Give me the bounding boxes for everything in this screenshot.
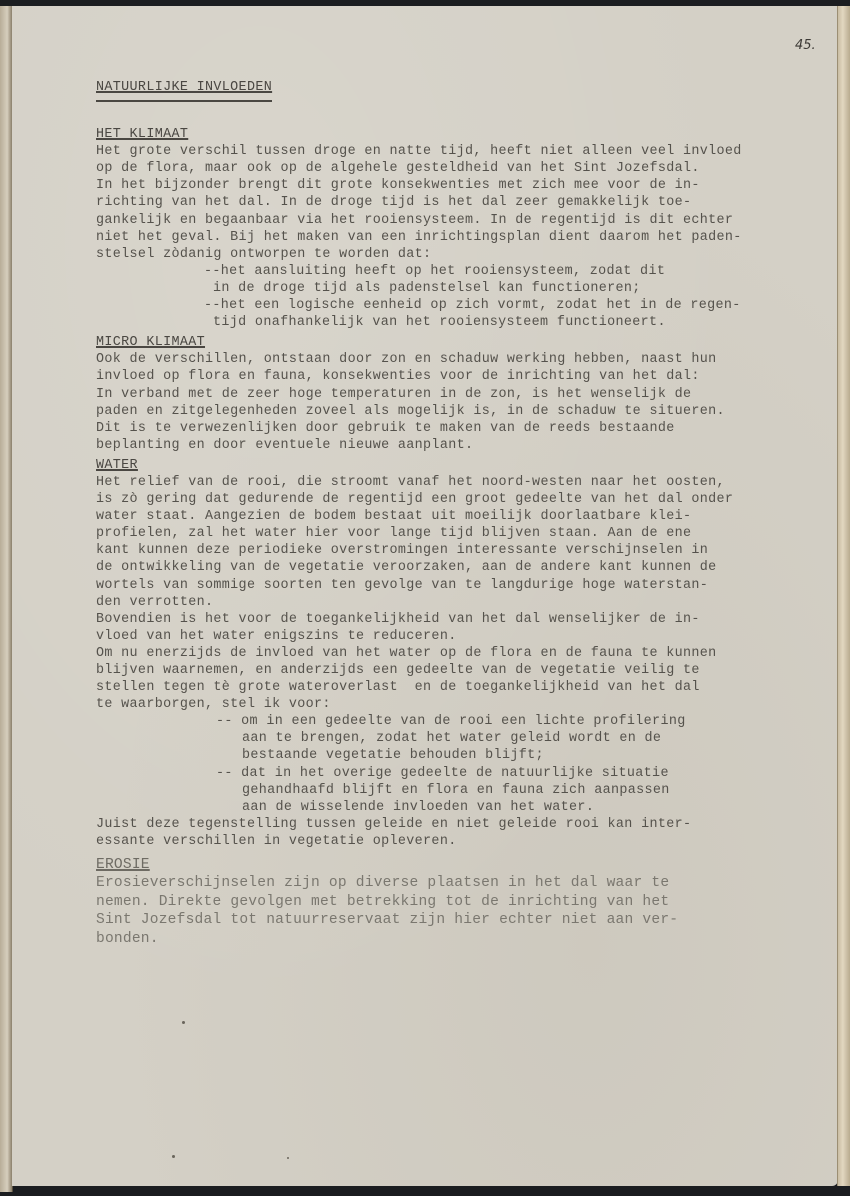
bullet-line: --het aansluiting heeft op het rooiensys… [96,263,816,280]
text-line: Sint Jozefsdal tot natuurreservaat zijn … [96,911,816,929]
bullet-line: -- dat in het overige gedeelte de natuur… [96,765,816,782]
text-line: de ontwikkeling van de vegetatie veroorz… [96,559,816,576]
text-line: wortels van sommige soorten ten gevolge … [96,577,816,594]
text-line: stellen tegen tè grote wateroverlast en … [96,679,816,696]
text-line: Erosieverschijnselen zijn op diverse pla… [96,874,816,892]
paper-speck [287,1157,289,1159]
text-line: In het bijzonder brengt dit grote konsek… [96,177,816,194]
bullet-continuation: bestaande vegetatie behouden blijft; [96,747,816,764]
text-line: Dit is te verwezenlijken door gebruik te… [96,420,816,437]
text-line: invloed op flora en fauna, konsekwenties… [96,368,816,385]
section-micro-klimaat: MICRO KLIMAAT Ook de verschillen, ontsta… [96,334,816,454]
text-line: Om nu enerzijds de invloed van het water… [96,645,816,662]
text-line: water staat. Aangezien de bodem bestaat … [96,508,816,525]
bullet-line: -- om in een gedeelte van de rooi een li… [96,713,816,730]
text-line: Het relief van de rooi, die stroomt vana… [96,474,816,491]
text-line: te waarborgen, stel ik voor: [96,696,816,713]
text-line: blijven waarnemen, en anderzijds een ged… [96,662,816,679]
text-line: Bovendien is het voor de toegankelijkhei… [96,611,816,628]
document-body: NATUURLIJKE INVLOEDEN HET KLIMAAT Het gr… [96,79,816,948]
text-line: Juist deze tegenstelling tussen geleide … [96,816,816,833]
text-line: nemen. Direkte gevolgen met betrekking t… [96,893,816,911]
bullet-continuation: tijd onafhankelijk van het rooiensysteem… [96,314,816,331]
section-klimaat: HET KLIMAAT Het grote verschil tussen dr… [96,126,816,331]
text-line: beplanting en door eventuele nieuwe aanp… [96,437,816,454]
page-number: 45. [795,38,816,53]
text-line: paden en zitgelegenheden zoveel als moge… [96,403,816,420]
text-line: gankelijk en begaanbaar via het rooiensy… [96,212,816,229]
bullet-continuation: aan te brengen, zodat het water geleid w… [96,730,816,747]
section-heading: EROSIE [96,856,150,874]
text-line: profielen, zal het water hier voor lange… [96,525,816,542]
section-heading: MICRO KLIMAAT [96,334,205,351]
text-line: stelsel zòdanig ontworpen te worden dat: [96,246,816,263]
section-erosie: EROSIE Erosieverschijnselen zijn op dive… [96,856,816,948]
section-heading: WATER [96,457,138,474]
text-line: is zò gering dat gedurende de regentijd … [96,491,816,508]
document-title: NATUURLIJKE INVLOEDEN [96,79,272,102]
text-line: kant kunnen deze periodieke overstroming… [96,542,816,559]
bullet-line: --het een logische eenheid op zich vormt… [96,297,816,314]
page-stack-edge [837,6,850,1186]
bullet-continuation: in de droge tijd als padenstelsel kan fu… [96,280,816,297]
section-water: WATER Het relief van de rooi, die stroom… [96,457,816,850]
text-line: niet het geval. Bij het maken van een in… [96,229,816,246]
section-heading: HET KLIMAAT [96,126,188,143]
text-line: bonden. [96,930,816,948]
text-line: essante verschillen in vegetatie oplever… [96,833,816,850]
paper-speck [172,1155,175,1158]
text-line: Ook de verschillen, ontstaan door zon en… [96,351,816,368]
text-line: op de flora, maar ook op de algehele ges… [96,160,816,177]
text-line: den verrotten. [96,594,816,611]
text-line: vloed van het water enigszins te reducer… [96,628,816,645]
paper-speck [182,1021,185,1024]
text-line: richting van het dal. In de droge tijd i… [96,194,816,211]
bullet-continuation: gehandhaafd blijft en flora en fauna zic… [96,782,816,799]
text-line: Het grote verschil tussen droge en natte… [96,143,816,160]
bullet-continuation: aan de wisselende invloeden van het wate… [96,799,816,816]
text-line: In verband met de zeer hoge temperaturen… [96,386,816,403]
